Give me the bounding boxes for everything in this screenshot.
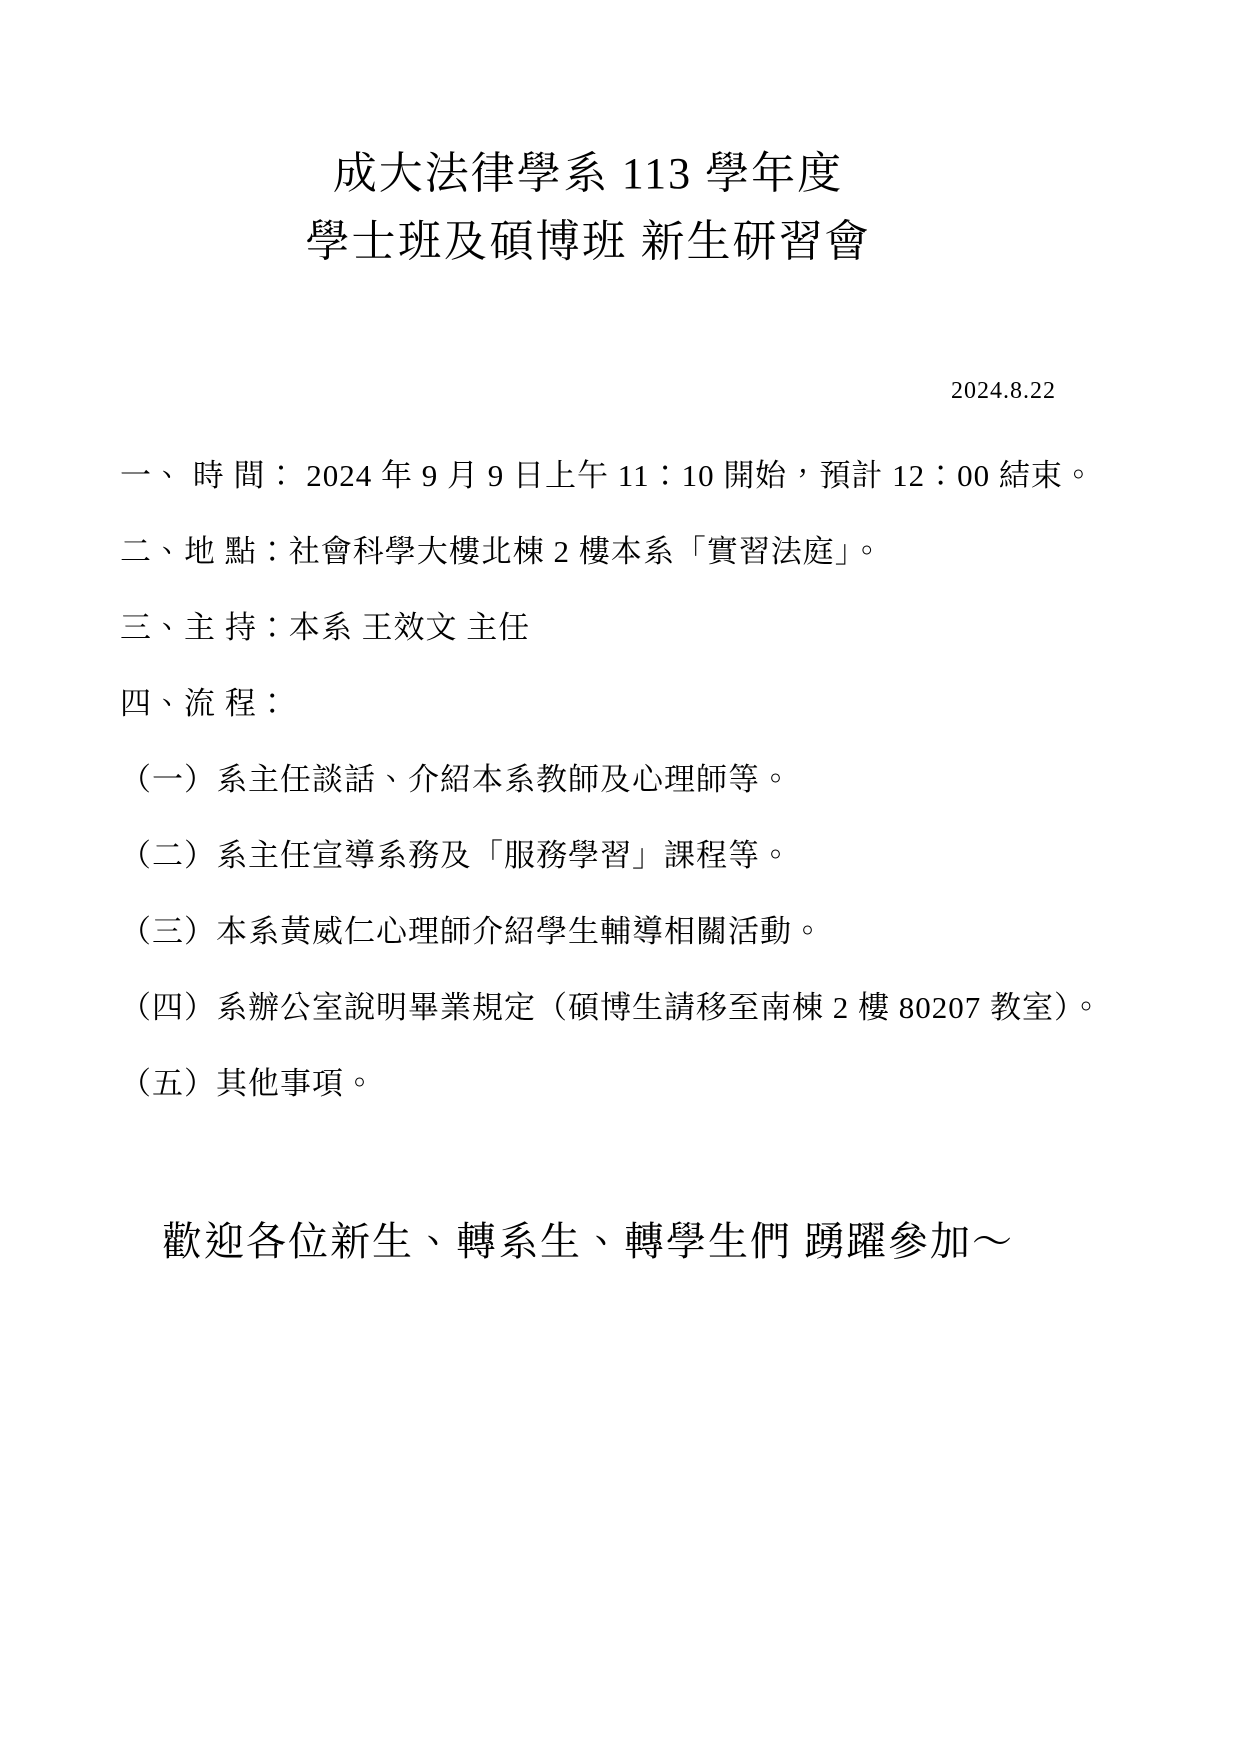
body-item-location: 二、地 點：社會科學大樓北棟 2 樓本系「實習法庭」。 bbox=[120, 532, 1056, 572]
body-item-agenda-heading: 四、流 程： bbox=[120, 684, 1056, 724]
document-page: 成大法律學系 113 學年度 學士班及碩博班 新生研習會 2024.8.22 一… bbox=[0, 0, 1241, 1755]
agenda-item-3: （三）本系黃威仁心理師介紹學生輔導相關活動。 bbox=[120, 912, 1056, 952]
body-item-host: 三、主 持：本系 王效文 主任 bbox=[120, 608, 1056, 648]
agenda-item-4: （四）系辦公室說明畢業規定（碩博生請移至南棟 2 樓 80207 教室）。 bbox=[120, 988, 1056, 1028]
agenda-item-5: （五）其他事項。 bbox=[120, 1064, 1056, 1104]
agenda-item-1: （一）系主任談話、介紹本系教師及心理師等。 bbox=[120, 760, 1056, 800]
document-body: 一、 時 間： 2024 年 9 月 9 日上午 11：10 開始，預計 12：… bbox=[120, 456, 1056, 1104]
title-line-1: 成大法律學系 113 學年度 bbox=[120, 140, 1056, 208]
agenda-item-2: （二）系主任宣導系務及「服務學習」課程等。 bbox=[120, 836, 1056, 876]
body-item-time: 一、 時 間： 2024 年 9 月 9 日上午 11：10 開始，預計 12：… bbox=[120, 456, 1056, 496]
title-line-2: 學士班及碩博班 新生研習會 bbox=[120, 208, 1056, 276]
document-date: 2024.8.22 bbox=[120, 376, 1056, 406]
closing-note: 歡迎各位新生、轉系生、轉學生們 踴躍參加～ bbox=[120, 1214, 1056, 1270]
document-title: 成大法律學系 113 學年度 學士班及碩博班 新生研習會 bbox=[120, 140, 1056, 276]
